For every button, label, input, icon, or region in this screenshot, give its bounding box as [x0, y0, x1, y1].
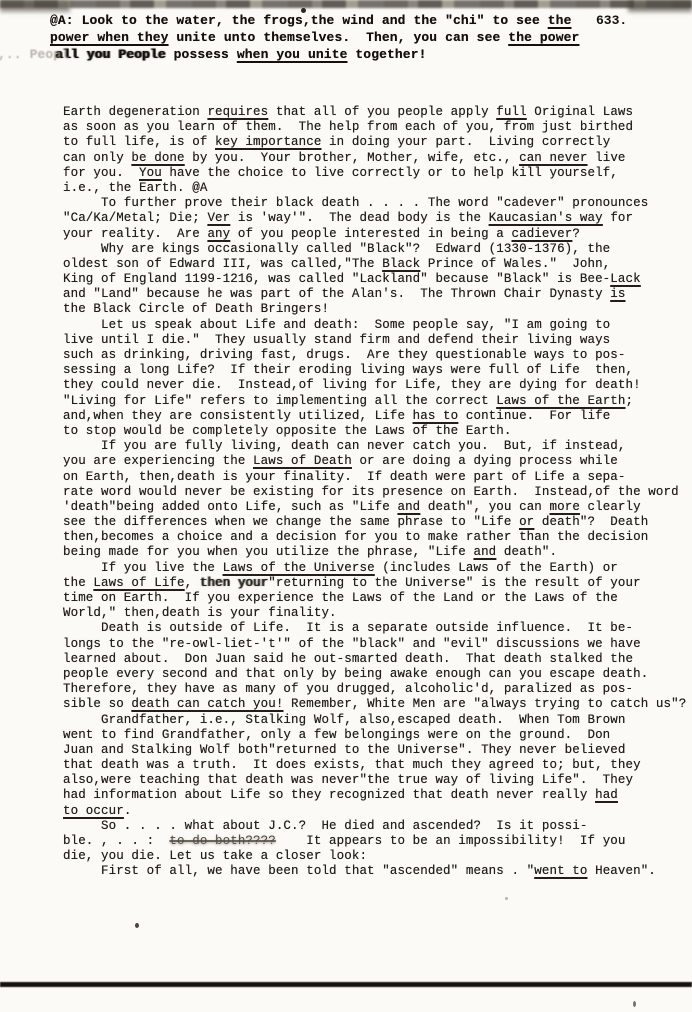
- text-segment: can only: [63, 151, 131, 165]
- text-line: then,becomes a choice and a decision for…: [63, 530, 692, 545]
- text-line: can only be done by you. Your brother, M…: [63, 151, 692, 166]
- text-line: Death is outside of Life. It is a separa…: [63, 621, 692, 636]
- text-segment: possess: [166, 47, 237, 62]
- text-segment: continue. For life: [458, 409, 610, 423]
- text-segment: people every second and that only by bei…: [63, 667, 648, 681]
- underlined-text: and: [397, 500, 420, 514]
- text-line: Why are kings occasionally called "Black…: [63, 242, 692, 257]
- text-segment: Juan and Stalking Wolf both"returned to …: [63, 743, 626, 757]
- text-segment: Grandfather, i.e., Stalking Wolf, also,e…: [63, 713, 626, 727]
- text-segment: to do both????: [169, 834, 275, 848]
- text-segment: death", you can: [420, 500, 549, 514]
- text-line: they could never die. Instead,of living …: [63, 378, 692, 393]
- underlined-text: death can catch you!: [131, 697, 283, 711]
- paragraph-ascended: First of all, we have been told that "as…: [63, 864, 692, 879]
- text-segment: die, you die. Let us take a closer look:: [63, 849, 367, 863]
- text-line: see the differences when we change the s…: [63, 515, 692, 530]
- text-segment: that death was a truth. It does exists, …: [63, 758, 641, 772]
- underlined-text: cadiever: [512, 227, 573, 241]
- text-segment: went to find Grandfather, only a few bel…: [63, 728, 610, 742]
- underlined-text: when you unite: [237, 47, 348, 62]
- text-segment: that all of you people apply: [268, 105, 496, 119]
- text-line: power when they unite unto themselves. T…: [50, 29, 692, 46]
- underlined-text: or: [519, 515, 534, 529]
- text-line: and,when they are consistently utilized,…: [63, 409, 692, 424]
- text-segment: "Living for Life" refers to implementing…: [63, 394, 496, 408]
- text-line: your reality. Are any of you people inte…: [63, 227, 692, 242]
- text-segment: and,when they are consistently utilized,…: [63, 409, 413, 423]
- paragraph-death-outside-life: Death is outside of Life. It is a separa…: [63, 621, 692, 712]
- text-segment: rate word would never be existing for it…: [63, 485, 679, 499]
- underlined-text: to occur: [63, 804, 124, 818]
- scan-artifact-top-band: [0, 0, 692, 8]
- underlined-text: Lack: [610, 272, 640, 286]
- paragraph-laws-of-universe: If you live the Laws of the Universe (in…: [63, 561, 692, 622]
- text-segment: see the differences when we change the s…: [63, 515, 519, 529]
- underlined-text: Laws of Death: [253, 454, 352, 468]
- text-line: rate word would never be existing for it…: [63, 485, 692, 500]
- text-line: ,.. Peoplall you People possess when you…: [50, 46, 692, 63]
- text-segment: all you People: [55, 46, 166, 63]
- text-line: the Laws of Life, then your"returning to…: [63, 576, 692, 591]
- text-segment: sessing a long Life? If their eroding li…: [63, 363, 633, 377]
- underlined-text: You: [139, 166, 162, 180]
- text-segment: ;: [626, 394, 634, 408]
- text-segment: then your: [200, 576, 268, 590]
- underlined-text: any: [207, 227, 230, 241]
- text-segment: oldest son of Edward III, was called,"Th…: [63, 257, 382, 271]
- paragraph-laws-of-death: If you are fully living, death can never…: [63, 439, 692, 561]
- text-line: "Ca/Ka/Metal; Die; Ver is 'way'". The de…: [63, 211, 692, 226]
- text-segment: time on Earth. If you experience the Law…: [63, 591, 618, 605]
- text-line: and "Land" because he was part of the Al…: [63, 287, 692, 302]
- text-segment: i.e., the Earth. @A: [63, 181, 207, 195]
- text-segment: by you. Your brother, Mother, wife, etc.…: [185, 151, 519, 165]
- text-segment: @A: Look to the water, the frogs,the win…: [50, 13, 548, 28]
- text-line: die, you die. Let us take a closer look:: [63, 849, 692, 864]
- underlined-text: more: [550, 500, 580, 514]
- text-segment: for you.: [63, 166, 139, 180]
- underlined-text: Laws of Life: [93, 576, 184, 590]
- text-segment: First of all, we have been told that "as…: [63, 864, 534, 878]
- text-line: went to find Grandfather, only a few bel…: [63, 728, 692, 743]
- text-segment: on Earth, then,death is your finality. I…: [63, 470, 626, 484]
- text-line: learned about. Don Juan said he out-smar…: [63, 652, 692, 667]
- text-line: i.e., the Earth. @A: [63, 181, 692, 196]
- underlined-text: Ver: [207, 211, 230, 225]
- text-segment: To further prove their black death . . .…: [63, 196, 648, 210]
- text-line: as soon as you learn of them. The help f…: [63, 120, 692, 135]
- text-line: If you are fully living, death can never…: [63, 439, 692, 454]
- scanned-document-page: 633. @A: Look to the water, the frogs,th…: [0, 0, 692, 1012]
- underlined-text: full: [496, 105, 526, 119]
- ink-speck: [135, 923, 139, 928]
- text-line: such as drinking, driving fast, drugs. A…: [63, 348, 692, 363]
- underlined-text: and: [473, 545, 496, 559]
- text-line: 'death"being added onto Life, such as "L…: [63, 500, 692, 515]
- text-segment: then,becomes a choice and a decision for…: [63, 530, 648, 544]
- text-segment: clearly: [580, 500, 641, 514]
- text-segment: live until I die." They usually stand fi…: [63, 333, 610, 347]
- text-segment: If you live the: [63, 561, 223, 575]
- underlined-text: power when they: [50, 30, 169, 45]
- text-line: live until I die." They usually stand fi…: [63, 333, 692, 348]
- text-segment: have the choice to live correctly or to …: [162, 166, 618, 180]
- text-line: To further prove their black death . . .…: [63, 196, 692, 211]
- underlined-text: key importance: [215, 135, 321, 149]
- text-line: sible so death can catch you! Remember, …: [63, 697, 692, 712]
- text-line: Grandfather, i.e., Stalking Wolf, also,e…: [63, 713, 692, 728]
- text-line: also,were teaching that death was never"…: [63, 773, 692, 788]
- text-segment: learned about. Don Juan said he out-smar…: [63, 652, 633, 666]
- text-segment: Remember, White Men are "always trying t…: [283, 697, 686, 711]
- text-segment: Therefore, they have as many of you drug…: [63, 682, 633, 696]
- scan-artifact-top-right: [628, 0, 692, 12]
- text-line: sessing a long Life? If their eroding li…: [63, 363, 692, 378]
- text-line: "Living for Life" refers to implementing…: [63, 394, 692, 409]
- underlined-text: is: [610, 287, 625, 301]
- text-segment: death".: [496, 545, 557, 559]
- text-segment: your reality. Are: [63, 227, 207, 241]
- text-segment: "returning to the Universe" is the resul…: [268, 576, 640, 590]
- text-line: Juan and Stalking Wolf both"returned to …: [63, 743, 692, 758]
- text-segment: is 'way'". The dead body is the: [230, 211, 488, 225]
- paragraph-earth-degeneration: Earth degeneration requires that all of …: [63, 105, 692, 196]
- text-segment: such as drinking, driving fast, drugs. A…: [63, 348, 626, 362]
- text-segment: "Ca/Ka/Metal; Die;: [63, 211, 207, 225]
- text-line: to full life, is of key importance in do…: [63, 135, 692, 150]
- text-line: longs to the "re-owl-liet-'t'" of the "b…: [63, 637, 692, 652]
- text-line: you are experiencing the Laws of Death o…: [63, 454, 692, 469]
- text-line: being made for you when you utilize the …: [63, 545, 692, 560]
- text-segment: So . . . . what about J.C.? He died and …: [63, 819, 587, 833]
- text-segment: It appears to be an impossibility! If yo…: [276, 834, 626, 848]
- text-line: oldest son of Edward III, was called,"Th…: [63, 257, 692, 272]
- text-line: people every second and that only by bei…: [63, 667, 692, 682]
- text-segment: Let us speak about Life and death: Some …: [63, 318, 610, 332]
- text-segment: longs to the "re-owl-liet-'t'" of the "b…: [63, 637, 641, 651]
- text-line: First of all, we have been told that "as…: [63, 864, 692, 879]
- text-segment: live: [588, 151, 626, 165]
- text-segment: Prince of Wales." John,: [420, 257, 610, 271]
- paragraph-life-and-death: Let us speak about Life and death: Some …: [63, 318, 692, 440]
- text-segment: Earth degeneration: [63, 105, 207, 119]
- text-line: time on Earth. If you experience the Law…: [63, 591, 692, 606]
- text-line: on Earth, then,death is your finality. I…: [63, 470, 692, 485]
- underlined-text: can never: [519, 151, 587, 165]
- text-segment: the: [63, 576, 93, 590]
- text-segment: Original Laws: [527, 105, 633, 119]
- text-segment: World," then,death is your finality.: [63, 606, 337, 620]
- paragraph-what-about-jc: So . . . . what about J.C.? He died and …: [63, 819, 692, 865]
- text-line: Therefore, they have as many of you drug…: [63, 682, 692, 697]
- text-segment: being made for you when you utilize the …: [63, 545, 473, 559]
- text-segment: the Black Circle of Death Bringers!: [63, 302, 329, 316]
- text-segment: Death is outside of Life. It is a separa…: [63, 621, 633, 635]
- text-segment: for: [603, 211, 633, 225]
- text-line: ble. , . . : to do both???? It appears t…: [63, 834, 692, 849]
- text-segment: had information about Life so they recog…: [63, 788, 595, 802]
- header-quote: @A: Look to the water, the frogs,the win…: [50, 12, 692, 63]
- text-segment: as soon as you learn of them. The help f…: [63, 120, 633, 134]
- text-line: had information about Life so they recog…: [63, 788, 692, 803]
- text-segment: Heaven".: [588, 864, 656, 878]
- underlined-text: had: [595, 788, 618, 802]
- text-segment: to stop would be completely opposite the…: [63, 424, 511, 438]
- underlined-text: Laws of the Universe: [223, 561, 375, 575]
- text-segment: If you are fully living, death can never…: [63, 439, 626, 453]
- text-segment: to full life, is of: [63, 135, 215, 149]
- text-line: Let us speak about Life and death: Some …: [63, 318, 692, 333]
- text-segment: King of England 1199-1216, was called "L…: [63, 272, 610, 286]
- underlined-text: the: [548, 13, 572, 28]
- ink-speck: [633, 1001, 636, 1007]
- text-segment: 'death"being added onto Life, such as "L…: [63, 500, 397, 514]
- text-segment: .: [124, 804, 132, 818]
- text-segment: sible so: [63, 697, 131, 711]
- text-line: to stop would be completely opposite the…: [63, 424, 692, 439]
- text-line: If you live the Laws of the Universe (in…: [63, 561, 692, 576]
- underlined-text: be done: [131, 151, 184, 165]
- text-segment: unite unto themselves. Then, you can see: [169, 30, 509, 45]
- paragraph-black-death: To further prove their black death . . .…: [63, 196, 692, 242]
- text-segment: in doing your part. Living correctly: [321, 135, 610, 149]
- text-segment: ,.. Peopl: [0, 46, 69, 63]
- text-segment: ble. , . . :: [63, 834, 169, 848]
- scan-artifact-bottom-rule: [0, 982, 692, 987]
- underlined-text: went to: [534, 864, 587, 878]
- text-segment: you are experiencing the: [63, 454, 253, 468]
- text-segment: of you people interested in being a: [230, 227, 511, 241]
- text-line: that death was a truth. It does exists, …: [63, 758, 692, 773]
- underlined-text: Laws of the Earth: [496, 394, 625, 408]
- underlined-text: requires: [207, 105, 268, 119]
- text-segment: together!: [348, 47, 427, 62]
- text-segment: death"? Death: [534, 515, 648, 529]
- text-line: to occur.: [63, 804, 692, 819]
- underlined-text: has to: [413, 409, 459, 423]
- text-segment: they could never die. Instead,of living …: [63, 378, 641, 392]
- typed-text: @A: Look to the water, the frogs,the win…: [63, 12, 692, 880]
- text-line: So . . . . what about J.C.? He died and …: [63, 819, 692, 834]
- text-segment: and "Land" because he was part of the Al…: [63, 287, 610, 301]
- text-segment: ?: [572, 227, 580, 241]
- paragraph-grandfather: Grandfather, i.e., Stalking Wolf, also,e…: [63, 713, 692, 819]
- text-line: King of England 1199-1216, was called "L…: [63, 272, 692, 287]
- ink-speck: [505, 897, 508, 900]
- underlined-text: Kaucasian's way: [489, 211, 603, 225]
- text-line: for you. You have the choice to live cor…: [63, 166, 692, 181]
- text-segment: (includes Laws of the Earth) or: [375, 561, 618, 575]
- text-segment: Why are kings occasionally called "Black…: [63, 242, 610, 256]
- text-line: @A: Look to the water, the frogs,the win…: [50, 12, 692, 29]
- text-line: Earth degeneration requires that all of …: [63, 105, 692, 120]
- text-segment: also,were teaching that death was never"…: [63, 773, 633, 787]
- text-line: World," then,death is your finality.: [63, 606, 692, 621]
- text-segment: ,: [185, 576, 200, 590]
- text-segment: or are doing a dying process while: [352, 454, 618, 468]
- text-line: the Black Circle of Death Bringers!: [63, 302, 692, 317]
- scan-artifact-top-left: [0, 0, 70, 12]
- underlined-text: Black: [382, 257, 420, 271]
- paragraph-black-kings: Why are kings occasionally called "Black…: [63, 242, 692, 318]
- underlined-text: the power: [508, 30, 579, 45]
